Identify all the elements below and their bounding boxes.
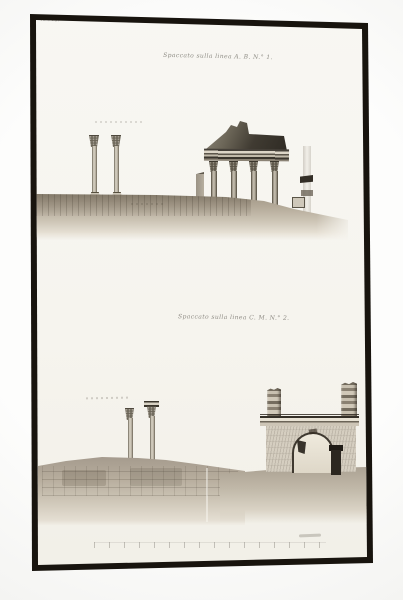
- scale-label-smudge: [299, 534, 321, 538]
- illegible-annotation-marks: [131, 203, 163, 205]
- masonry-patch: [130, 468, 182, 486]
- bottom-panel-caption: Spaccato sulla linea C. M. N.° 2.: [178, 313, 278, 321]
- scale-bar-ticks: [94, 542, 326, 548]
- broken-pier-stub: [267, 388, 281, 417]
- arch-opening: [294, 434, 332, 473]
- arch-cornice: [260, 414, 359, 426]
- portico-roof-pediment: [206, 121, 287, 151]
- column-shaft: [272, 171, 278, 206]
- pier-cap-block: [300, 175, 313, 183]
- column-shaft: [92, 146, 97, 193]
- corbel-fragment: [297, 440, 306, 454]
- illegible-annotation-marks: [95, 121, 143, 123]
- column-shaft: [128, 418, 133, 464]
- column-shaft: [114, 146, 119, 193]
- portico-entablature: [204, 149, 289, 162]
- wash-seam: [206, 468, 208, 522]
- stone-block: [292, 197, 305, 208]
- dark-column-fragment: [331, 450, 341, 475]
- illegible-annotation-marks: [86, 397, 130, 400]
- column-shaft: [150, 416, 155, 464]
- earth-mound-wash: [38, 452, 245, 526]
- lower-ground-wash: [220, 466, 367, 524]
- masonry-patch: [62, 470, 106, 486]
- pier-band: [301, 190, 313, 196]
- top-panel-caption: Spaccato sulla linea A. B. N.° 1.: [158, 52, 278, 62]
- broken-pier-stub: [341, 382, 357, 417]
- plate-content: Tav. 18. Spaccato sulla linea A. B. N.° …: [0, 0, 403, 600]
- photo-of-plate: Tav. 18. Spaccato sulla linea A. B. N.° …: [0, 0, 403, 600]
